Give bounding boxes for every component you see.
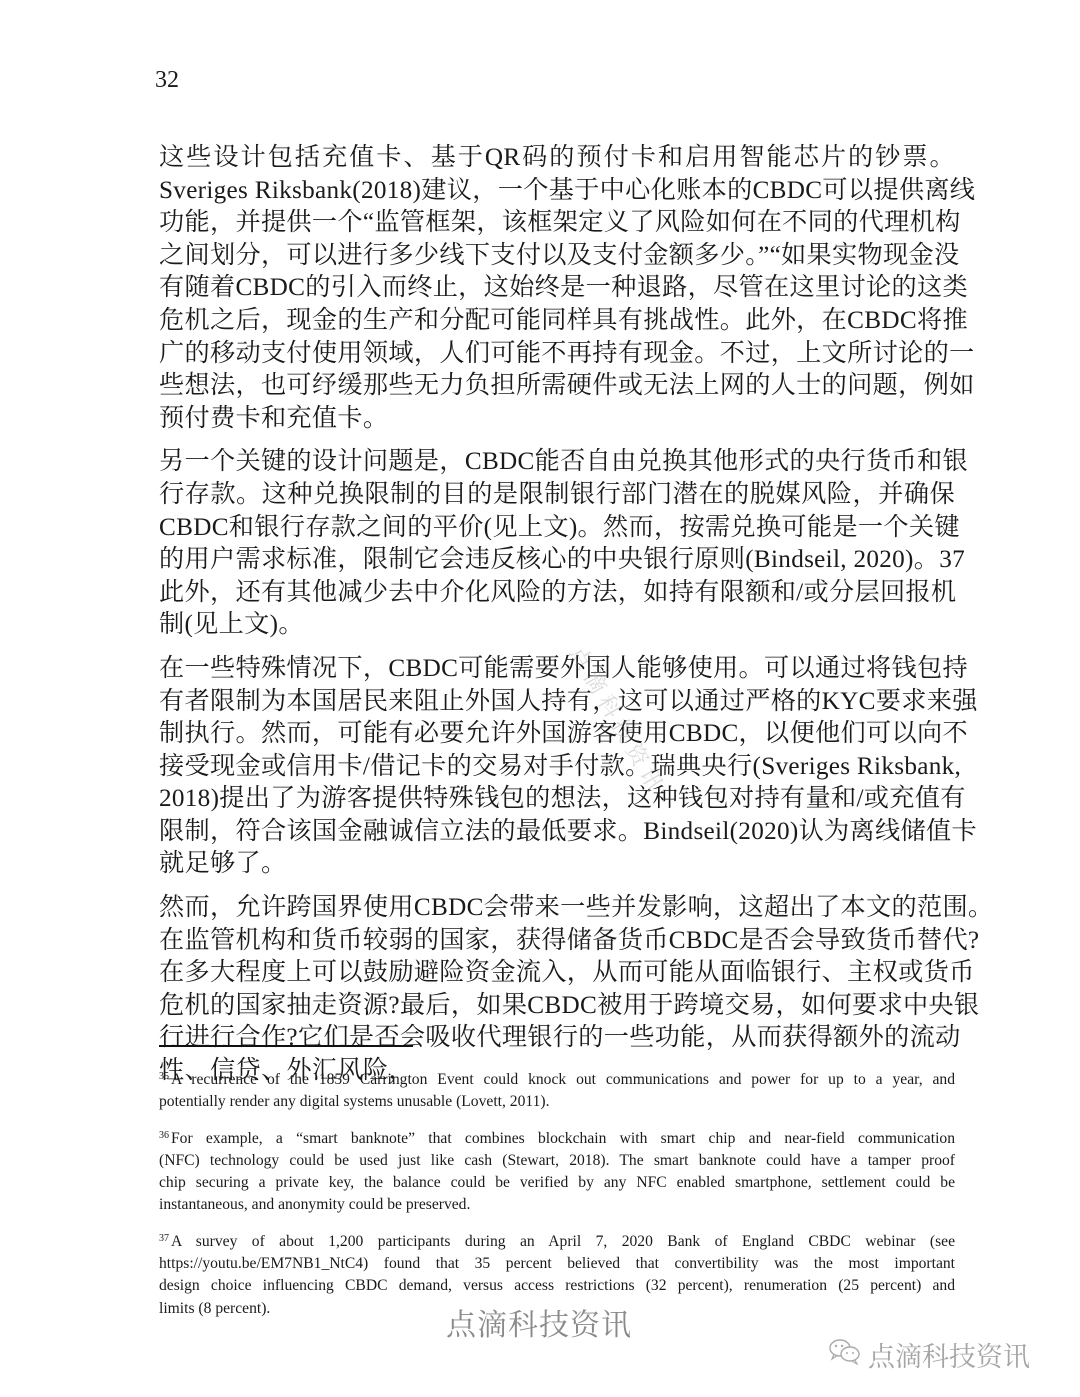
text-line: 制执行。然而，可能有必要允许外国游客使用CBDC，以便他们可以向不 bbox=[159, 718, 955, 751]
footnote-36: 36For example, a “smart banknote” that c… bbox=[159, 1125, 955, 1217]
text-line: 有者限制为本国居民来阻止外国人持有，这可以通过严格的KYC要求来强 bbox=[159, 686, 955, 719]
text-line: 接受现金或信用卡/借记卡的交易对手付款。瑞典央行(Sveriges Riksba… bbox=[159, 751, 955, 784]
text-line: 广的移动支付使用领域，人们可能不再持有现金。不过，上文所讨论的一 bbox=[159, 338, 955, 371]
paragraph-2: 另一个关键的设计问题是，CBDC能否自由兑换其他形式的央行货币和银 行存款。这种… bbox=[159, 446, 955, 642]
text-line: 限制，符合该国金融诚信立法的最低要求。Bindseil(2020)认为离线储值卡 bbox=[159, 816, 955, 849]
center-watermark: 点滴科技资讯 bbox=[446, 1300, 632, 1344]
text-line: 就足够了。 bbox=[159, 848, 955, 881]
text-line: design choice influencing CBDC demand, v… bbox=[159, 1275, 955, 1297]
text-line: 之间划分，可以进行多少线下支付以及支付金额多少。”“如果实物现金没 bbox=[159, 240, 955, 273]
text-line: 功能，并提供一个“监管框架，该框架定义了风险如何在不同的代理机构 bbox=[159, 207, 955, 240]
text-line: 行进行合作?它们是否会吸收代理银行的一些功能，从而获得额外的流动 bbox=[159, 1022, 955, 1055]
text-line: 另一个关键的设计问题是，CBDC能否自由兑换其他形式的央行货币和银 bbox=[159, 446, 955, 479]
footnote-divider bbox=[159, 1045, 413, 1047]
text-line: 在一些特殊情况下，CBDC可能需要外国人能够使用。可以通过将钱包持 bbox=[159, 653, 955, 686]
text-line: 些想法，也可纾缓那些无力负担所需硬件或无法上网的人士的问题，例如 bbox=[159, 370, 955, 403]
footnote-number: 36 bbox=[159, 1130, 169, 1141]
text-line: 然而，允许跨国界使用CBDC会带来一些并发影响，这超出了本文的范围。 bbox=[159, 892, 955, 925]
text-line: 行存款。这种兑换限制的目的是限制银行部门潜在的脱媒风险，并确保 bbox=[159, 479, 955, 512]
text-line: (NFC) technology could be used just like… bbox=[159, 1150, 955, 1172]
text-line: 这些设计包括充值卡、基于QR码的预付卡和启用智能芯片的钞票。 bbox=[159, 142, 955, 175]
text-line: 的用户需求标准，限制它会违反核心的中央银行原则(Bindseil, 2020)。… bbox=[159, 544, 955, 577]
footnote-35: 35A recurrence of the 1859 Carrington Ev… bbox=[159, 1066, 955, 1114]
text-line: potentially render any digital systems u… bbox=[159, 1091, 955, 1113]
text-line: 预付费卡和充值卡。 bbox=[159, 403, 955, 436]
paragraph-3: 在一些特殊情况下，CBDC可能需要外国人能够使用。可以通过将钱包持 有者限制为本… bbox=[159, 653, 955, 881]
footnotes: 35A recurrence of the 1859 Carrington Ev… bbox=[159, 1066, 955, 1331]
body-text: 这些设计包括充值卡、基于QR码的预付卡和启用智能芯片的钞票。 Sveriges … bbox=[159, 142, 955, 1099]
wechat-icon bbox=[828, 1337, 868, 1372]
text-line: 有随着CBDC的引入而终止，这始终是一种退路，尽管在这里讨论的这类 bbox=[159, 272, 955, 305]
text-line: https://youtu.be/EM7NB1_NtC4) found that… bbox=[159, 1253, 955, 1275]
text-line: instantaneous, and anonymity could be pr… bbox=[159, 1194, 955, 1216]
text-line: For example, a “smart banknote” that com… bbox=[171, 1130, 955, 1147]
text-line: CBDC和银行存款之间的平价(见上文)。然而，按需兑换可能是一个关键 bbox=[159, 512, 955, 545]
text-line: Sveriges Riksbank(2018)建议，一个基于中心化账本的CBDC… bbox=[159, 175, 955, 208]
footnote-number: 37 bbox=[159, 1233, 169, 1244]
text-line: chip securing a private key, the balance… bbox=[159, 1172, 955, 1194]
text-line: 此外，还有其他减少去中介化风险的方法，如持有限额和/或分层回报机 bbox=[159, 577, 955, 610]
text-line: A recurrence of the 1859 Carrington Even… bbox=[171, 1071, 955, 1088]
paragraph-4: 然而，允许跨国界使用CBDC会带来一些并发影响，这超出了本文的范围。 在监管机构… bbox=[159, 892, 955, 1088]
text-line: A survey of about 1,200 participants dur… bbox=[171, 1233, 955, 1250]
corner-watermark: 点滴科技资讯 bbox=[828, 1335, 1030, 1374]
paragraph-1: 这些设计包括充值卡、基于QR码的预付卡和启用智能芯片的钞票。 Sveriges … bbox=[159, 142, 955, 435]
text-line: 制(见上文)。 bbox=[159, 609, 955, 642]
text-line: 在多大程度上可以鼓励避险资金流入，从而可能从面临银行、主权或货币 bbox=[159, 957, 955, 990]
corner-watermark-text: 点滴科技资讯 bbox=[868, 1335, 1030, 1374]
page-number: 32 bbox=[155, 66, 179, 94]
text-line: 危机的国家抽走资源?最后，如果CBDC被用于跨境交易，如何要求中央银 bbox=[159, 990, 955, 1023]
text-line: 在监管机构和货币较弱的国家，获得储备货币CBDC是否会导致货币替代? bbox=[159, 925, 955, 958]
text-line: 2018)提出了为游客提供特殊钱包的想法，这种钱包对持有量和/或充值有 bbox=[159, 783, 955, 816]
footnote-number: 35 bbox=[159, 1071, 169, 1082]
text-line: 危机之后，现金的生产和分配可能同样具有挑战性。此外，在CBDC将推 bbox=[159, 305, 955, 338]
